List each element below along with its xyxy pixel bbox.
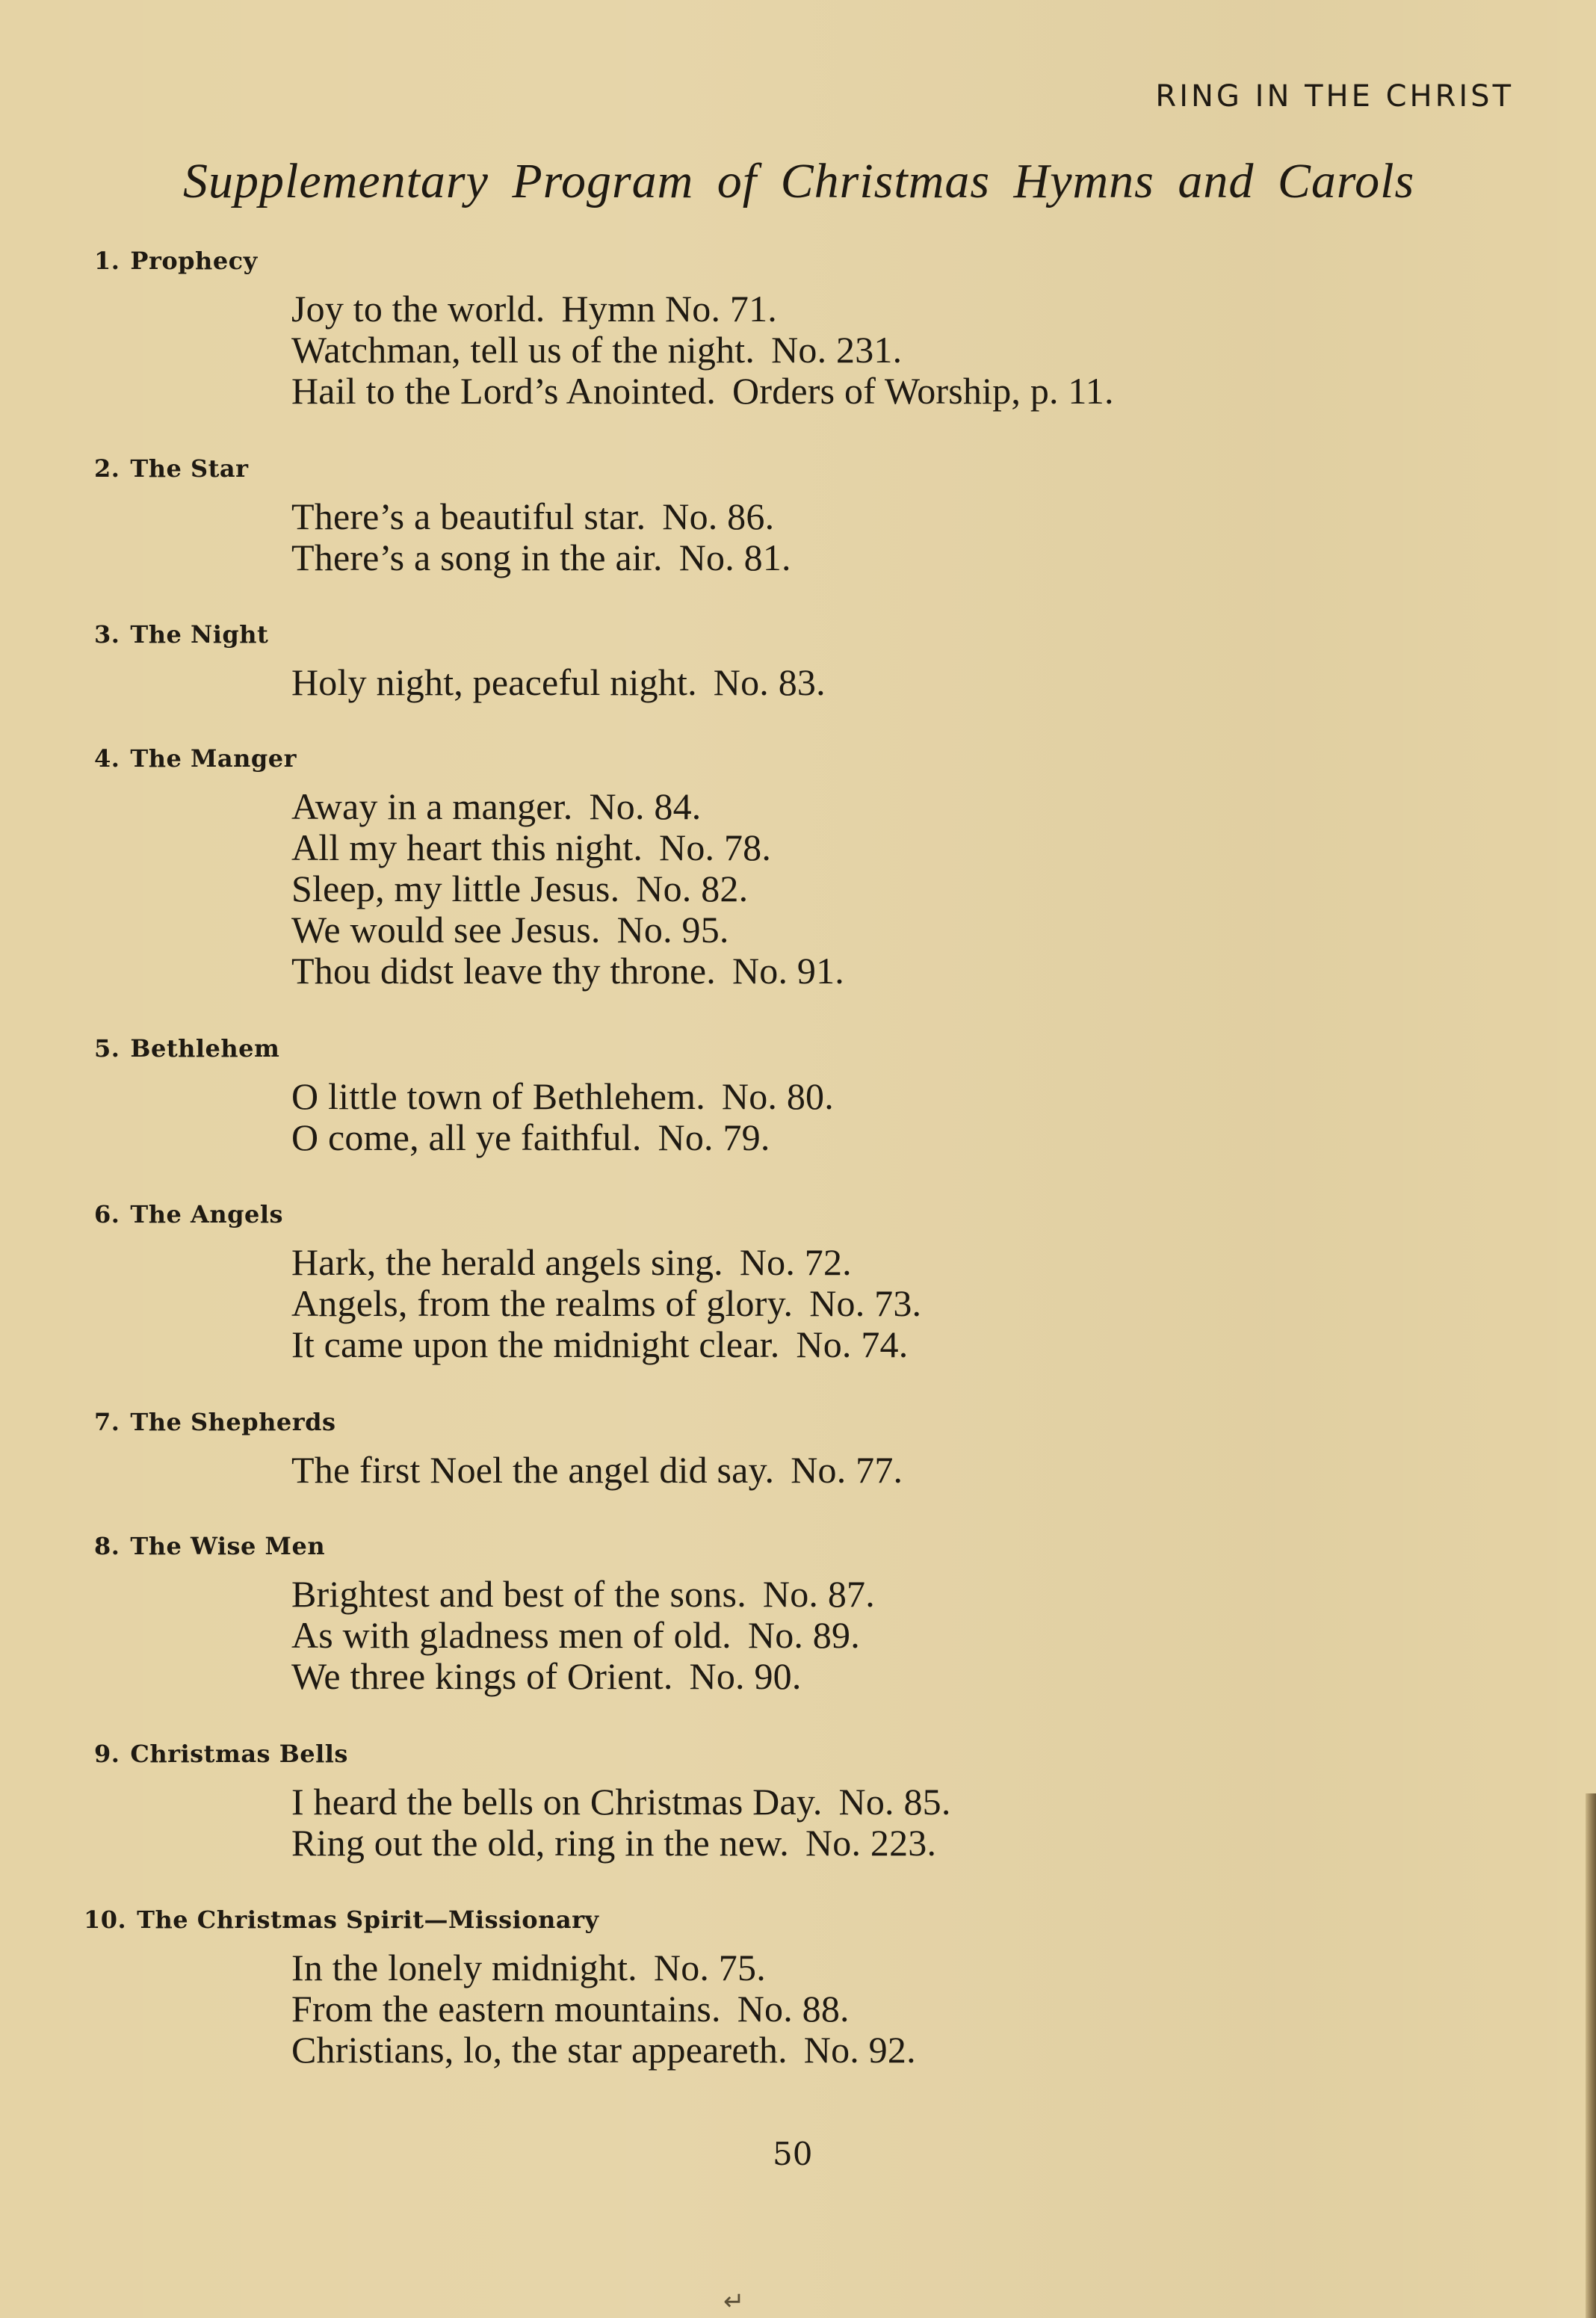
hymn-title: I heard the bells on Christmas Day.	[291, 1781, 823, 1823]
section-number: 7.	[94, 1408, 120, 1436]
hymn-item: Sleep, my little Jesus.No. 82.	[291, 868, 844, 909]
hymn-item: All my heart this night.No. 78.	[291, 827, 844, 868]
hymn-title: We would see Jesus.	[291, 909, 601, 951]
hymn-item: There’s a beautiful star.No. 86.	[291, 496, 791, 537]
section-heading: 9.Christmas Bells	[94, 1740, 348, 1768]
section-heading: 6.The Angels	[94, 1200, 283, 1228]
hymn-ref: No. 72.	[740, 1241, 852, 1283]
hymn-item: Joy to the world.Hymn No. 71.	[291, 288, 1114, 330]
hymn-ref: No. 74.	[796, 1323, 908, 1365]
hymn-item: Ring out the old, ring in the new.No. 22…	[291, 1823, 951, 1864]
hymn-ref: No. 82.	[636, 868, 748, 909]
hymn-ref: No. 79.	[658, 1116, 770, 1158]
hymn-title: There’s a beautiful star.	[291, 495, 646, 537]
hymn-title: There’s a song in the air.	[291, 537, 663, 578]
hymn-ref: No. 84.	[589, 785, 701, 827]
hymn-title: The first Noel the angel did say.	[291, 1449, 774, 1491]
hymn-title: All my heart this night.	[291, 826, 643, 868]
hymn-ref: No. 90.	[690, 1655, 802, 1697]
section-heading: 1.Prophecy	[94, 247, 258, 275]
hymn-list: The first Noel the angel did say.No. 77.	[291, 1450, 903, 1491]
hymn-item: Holy night, peaceful night.No. 83.	[291, 662, 826, 703]
hymn-ref: No. 85.	[839, 1781, 951, 1823]
hymn-item: Angels, from the realms of glory.No. 73.	[291, 1283, 921, 1324]
hymn-item: Brightest and best of the sons.No. 87.	[291, 1574, 875, 1615]
section-number: 4.	[94, 744, 120, 773]
hymn-item: O little town of Bethlehem.No. 80.	[291, 1076, 834, 1117]
section-title: Prophecy	[130, 247, 257, 275]
section-title: Bethlehem	[130, 1034, 279, 1063]
hymn-ref: No. 73.	[809, 1282, 921, 1324]
hymn-title: O come, all ye faithful.	[291, 1116, 642, 1158]
hymn-list: Hark, the herald angels sing.No. 72. Ang…	[291, 1242, 921, 1365]
hymn-title: Hark, the herald angels sing.	[291, 1241, 723, 1283]
section-title: The Wise Men	[130, 1532, 325, 1560]
hymn-ref: No. 81.	[679, 537, 791, 578]
hymn-ref: No. 89.	[748, 1614, 860, 1656]
hymn-item: We three kings of Orient.No. 90.	[291, 1656, 875, 1697]
hymn-title: Hail to the Lord’s Anointed.	[291, 370, 716, 412]
hymn-item: From the eastern mountains.No. 88.	[291, 1988, 916, 2030]
hymn-list: Joy to the world.Hymn No. 71. Watchman, …	[291, 288, 1114, 412]
page-number: 50	[773, 2136, 812, 2172]
section-number: 8.	[94, 1532, 120, 1560]
section-heading: 7.The Shepherds	[94, 1408, 335, 1436]
section-title: The Night	[130, 620, 268, 649]
section-title: The Star	[130, 454, 248, 483]
hymn-item: Away in a manger.No. 84.	[291, 786, 844, 827]
section-heading: 4.The Manger	[94, 744, 297, 773]
hymn-title: Sleep, my little Jesus.	[291, 868, 619, 909]
hymn-title: O little town of Bethlehem.	[291, 1075, 705, 1117]
section-title: The Shepherds	[130, 1408, 335, 1436]
hymn-ref: No. 78.	[659, 826, 771, 868]
hymn-ref: No. 86.	[662, 495, 774, 537]
hymn-title: We three kings of Orient.	[291, 1655, 673, 1697]
hymn-ref: No. 80.	[722, 1075, 834, 1117]
hymn-ref: Orders of Worship, p. 11.	[732, 370, 1114, 412]
hymn-title: It came upon the midnight clear.	[291, 1323, 779, 1365]
hymn-ref: No. 91.	[732, 950, 844, 992]
hymn-ref: No. 77.	[791, 1449, 903, 1491]
hymn-title: Watchman, tell us of the night.	[291, 329, 755, 371]
section-heading: 8.The Wise Men	[94, 1532, 325, 1560]
section-number: 3.	[94, 620, 120, 649]
hymn-title: Ring out the old, ring in the new.	[291, 1822, 789, 1864]
hymn-ref: No. 87.	[763, 1573, 875, 1615]
running-head: RING IN THE CHRIST	[1155, 79, 1514, 114]
hymn-item: Thou didst leave thy throne.No. 91.	[291, 951, 844, 992]
section-title: The Angels	[130, 1200, 283, 1228]
section-title: Christmas Bells	[130, 1740, 348, 1768]
paper-blemish-mark: ↵	[723, 2287, 745, 2317]
hymn-ref: No. 92.	[804, 2029, 916, 2071]
section-heading: 5.Bethlehem	[94, 1034, 279, 1063]
page-title: Supplementary Program of Christmas Hymns…	[183, 153, 1438, 210]
hymn-item: I heard the bells on Christmas Day.No. 8…	[291, 1781, 951, 1823]
hymn-title: Holy night, peaceful night.	[291, 661, 697, 703]
section-title: The Manger	[130, 744, 297, 773]
hymn-item: The first Noel the angel did say.No. 77.	[291, 1450, 903, 1491]
section-title: The Christmas Spirit—Missionary	[137, 1906, 598, 1934]
hymn-item: We would see Jesus.No. 95.	[291, 909, 844, 951]
hymn-ref: No. 231.	[771, 329, 902, 371]
hymn-item: Watchman, tell us of the night.No. 231.	[291, 330, 1114, 371]
hymn-ref: No. 223.	[805, 1822, 936, 1864]
hymn-ref: Hymn No. 71.	[561, 288, 777, 330]
hymn-ref: No. 75.	[654, 1947, 766, 1988]
section-number: 9.	[94, 1740, 120, 1768]
section-number: 10.	[84, 1906, 126, 1934]
hymn-list: Holy night, peaceful night.No. 83.	[291, 662, 826, 703]
hymn-item: There’s a song in the air.No. 81.	[291, 537, 791, 578]
hymn-list: O little town of Bethlehem.No. 80. O com…	[291, 1076, 834, 1158]
hymn-title: Joy to the world.	[291, 288, 545, 330]
section-number: 2.	[94, 454, 120, 483]
hymn-title: Christians, lo, the star appeareth.	[291, 2029, 788, 2071]
hymn-item: Hark, the herald angels sing.No. 72.	[291, 1242, 921, 1283]
hymn-list: Brightest and best of the sons.No. 87. A…	[291, 1574, 875, 1697]
section-number: 5.	[94, 1034, 120, 1063]
hymn-ref: No. 88.	[737, 1988, 850, 2030]
book-page: RING IN THE CHRIST Supplementary Program…	[0, 0, 1596, 2318]
hymn-title: Away in a manger.	[291, 785, 572, 827]
hymn-list: In the lonely midnight.No. 75. From the …	[291, 1947, 916, 2071]
hymn-ref: No. 95.	[617, 909, 729, 951]
section-number: 1.	[94, 247, 120, 275]
hymn-ref: No. 83.	[714, 661, 826, 703]
hymn-item: In the lonely midnight.No. 75.	[291, 1947, 916, 1988]
hymn-item: It came upon the midnight clear.No. 74.	[291, 1324, 921, 1365]
hymn-list: I heard the bells on Christmas Day.No. 8…	[291, 1781, 951, 1864]
hymn-title: As with gladness men of old.	[291, 1614, 731, 1656]
section-heading: 3.The Night	[94, 620, 268, 649]
hymn-title: In the lonely midnight.	[291, 1947, 637, 1988]
section-heading: 2.The Star	[94, 454, 248, 483]
hymn-list: Away in a manger.No. 84. All my heart th…	[291, 786, 844, 992]
page-edge-shadow	[1586, 1793, 1596, 2318]
hymn-title: Angels, from the realms of glory.	[291, 1282, 793, 1324]
section-number: 6.	[94, 1200, 120, 1228]
hymn-title: Thou didst leave thy throne.	[291, 950, 716, 992]
hymn-item: Christians, lo, the star appeareth.No. 9…	[291, 2030, 916, 2071]
hymn-title: Brightest and best of the sons.	[291, 1573, 746, 1615]
hymn-title: From the eastern mountains.	[291, 1988, 721, 2030]
hymn-list: There’s a beautiful star.No. 86. There’s…	[291, 496, 791, 578]
section-heading: 10.The Christmas Spirit—Missionary	[84, 1906, 599, 1934]
hymn-item: O come, all ye faithful.No. 79.	[291, 1117, 834, 1158]
hymn-item: Hail to the Lord’s Anointed.Orders of Wo…	[291, 371, 1114, 412]
hymn-item: As with gladness men of old.No. 89.	[291, 1615, 875, 1656]
